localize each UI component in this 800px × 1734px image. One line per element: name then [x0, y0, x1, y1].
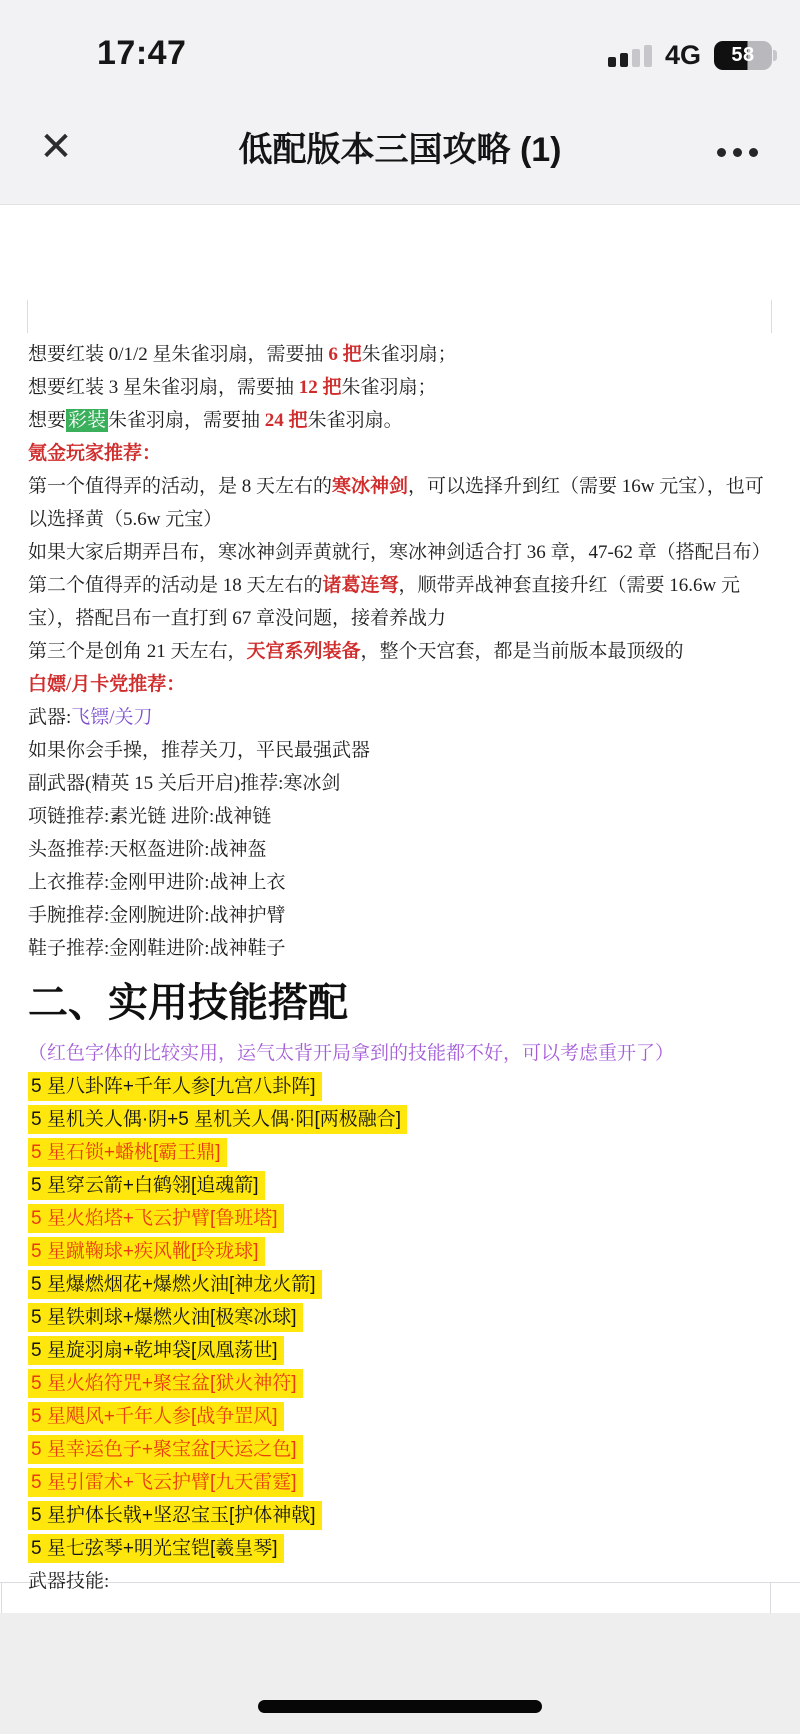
status-time: 17:47: [97, 34, 186, 73]
text-segment: 5 星铁刺球+爆燃火油[极寒冰球]: [31, 1307, 297, 1328]
yellow-highlight: 5 星引雷术+飞云护臂[九天雷霆]: [28, 1468, 303, 1497]
text-segment: 想要红装 3 星朱雀羽扇，需要抽: [28, 377, 299, 398]
text-segment: 5 星护体长戟+坚忍宝玉[护体神戟]: [31, 1505, 316, 1526]
network-type-label: 4G: [665, 40, 701, 71]
yellow-highlight: 5 星护体长戟+坚忍宝玉[护体神戟]: [28, 1501, 322, 1530]
paragraph: 武器:飞镖/关刀: [28, 701, 772, 734]
home-indicator[interactable]: [258, 1700, 542, 1713]
text-segment-red: 氪金玩家推荐：: [28, 443, 161, 464]
text-segment: 武器技能:: [28, 1571, 109, 1592]
cellular-signal-icon: [608, 45, 652, 67]
document-scroll-area[interactable]: 想要红装 0/1/2 星朱雀羽扇，需要抽 6 把朱雀羽扇；想要红装 3 星朱雀羽…: [0, 205, 800, 1613]
text-segment: 朱雀羽扇，需要抽: [108, 410, 265, 431]
text-segment: 上衣推荐:金刚甲进阶:战神上衣: [28, 872, 286, 893]
text-segment-skillred: 5 星飓风+千年人参[战争罡风]: [31, 1406, 278, 1427]
yellow-highlight: 5 星八卦阵+千年人参[九宫八卦阵]: [28, 1072, 322, 1101]
skill-combo-line: 5 星旋羽扇+乾坤袋[凤凰荡世]: [28, 1334, 772, 1367]
text-segment: 副武器(精英 15 关后开启)推荐:寒冰剑: [28, 773, 340, 794]
footer-area: [0, 1613, 800, 1734]
text-segment-red: 12 把: [299, 377, 342, 398]
text-segment: ，整个天宫套，都是当前版本最顶级的: [361, 641, 684, 662]
skill-combo-line: 5 星护体长戟+坚忍宝玉[护体神戟]: [28, 1499, 772, 1532]
paragraph: 想要红装 0/1/2 星朱雀羽扇，需要抽 6 把朱雀羽扇；: [28, 338, 772, 371]
paragraph: 如果大家后期弄吕布，寒冰神剑弄黄就行，寒冰神剑适合打 36 章，47-62 章（…: [28, 536, 772, 569]
battery-level-icon: 58: [714, 41, 772, 70]
text-segment: （红色字体的比较实用，运气太背开局拿到的技能都不好，可以考虑重开了）: [28, 1043, 674, 1064]
text-segment-skillred: 5 星石锁+蟠桃[霸王鼎]: [31, 1142, 221, 1163]
text-segment-skillred: 5 星火焰符咒+聚宝盆[狱火神符]: [31, 1373, 297, 1394]
paragraph: 氪金玩家推荐：: [28, 437, 772, 470]
text-segment-skillred: 5 星火焰塔+飞云护臂[鲁班塔]: [31, 1208, 278, 1229]
text-segment-red: 诸葛连弩: [323, 575, 399, 596]
text-segment: 如果你会手操，推荐关刀，平民最强武器: [28, 740, 370, 761]
text-segment: 5 星机关人偶·阴+5 星机关人偶·阳[两极融合]: [31, 1109, 401, 1130]
yellow-highlight: 5 星火焰塔+飞云护臂[鲁班塔]: [28, 1204, 284, 1233]
text-segment: 二、实用技能搭配: [28, 980, 348, 1026]
skill-combo-line: 5 星飓风+千年人参[战争罡风]: [28, 1400, 772, 1433]
text-segment-red: 6 把: [328, 344, 361, 365]
page-edge-top-right: [771, 300, 772, 333]
paragraph: 武器技能:: [28, 1565, 772, 1598]
note-line: （红色字体的比较实用，运气太背开局拿到的技能都不好，可以考虑重开了）: [28, 1037, 772, 1070]
paragraph: 如果你会手操，推荐关刀，平民最强武器: [28, 734, 772, 767]
section-heading: 二、实用技能搭配: [28, 978, 772, 1028]
skill-combo-line: 5 星蹴鞠球+疾风靴[玲珑球]: [28, 1235, 772, 1268]
paragraph: 手腕推荐:金刚腕进阶:战神护臂: [28, 899, 772, 932]
yellow-highlight: 5 星铁刺球+爆燃火油[极寒冰球]: [28, 1303, 303, 1332]
text-segment: 武器:: [28, 707, 71, 728]
skill-combo-line: 5 星幸运色子+聚宝盆[天运之色]: [28, 1433, 772, 1466]
yellow-highlight: 5 星飓风+千年人参[战争罡风]: [28, 1402, 284, 1431]
skill-combo-line: 5 星七弦琴+明光宝铠[羲皇琴]: [28, 1532, 772, 1565]
paragraph: 第一个值得弄的活动，是 8 天左右的寒冰神剑，可以选择升到红（需要 16w 元宝…: [28, 470, 772, 536]
text-segment-red: 天宫系列装备: [247, 641, 361, 662]
skill-combo-line: 5 星铁刺球+爆燃火油[极寒冰球]: [28, 1301, 772, 1334]
text-segment: 5 星爆燃烟花+爆燃火油[神龙火箭]: [31, 1274, 316, 1295]
text-segment: 5 星旋羽扇+乾坤袋[凤凰荡世]: [31, 1340, 278, 1361]
text-segment-red: 寒冰神剑: [332, 476, 408, 497]
paragraph: 想要红装 3 星朱雀羽扇，需要抽 12 把朱雀羽扇；: [28, 371, 772, 404]
text-segment: 手腕推荐:金刚腕进阶:战神护臂: [28, 905, 286, 926]
close-button[interactable]: ✕: [28, 114, 84, 180]
page-title: 低配版本三国攻略 (1): [100, 122, 700, 171]
battery-percent-label: 58: [731, 44, 754, 67]
text-segment: 第三个是创角 21 天左右，: [28, 641, 247, 662]
skill-combo-line: 5 星穿云箭+白鹤翎[追魂箭]: [28, 1169, 772, 1202]
skill-combo-line: 5 星八卦阵+千年人参[九宫八卦阵]: [28, 1070, 772, 1103]
more-button[interactable]: [710, 130, 764, 174]
text-segment: 想要: [28, 410, 66, 431]
text-segment: 头盔推荐:天枢盔进阶:战神盔: [28, 839, 267, 860]
skill-combo-line: 5 星火焰符咒+聚宝盆[狱火神符]: [28, 1367, 772, 1400]
page-edge-bottom-left: [1, 1582, 2, 1613]
text-segment: 朱雀羽扇。: [308, 410, 403, 431]
yellow-highlight: 5 星蹴鞠球+疾风靴[玲珑球]: [28, 1237, 265, 1266]
text-segment: 5 星七弦琴+明光宝铠[羲皇琴]: [31, 1538, 278, 1559]
text-segment-skillred: 5 星幸运色子+聚宝盆[天运之色]: [31, 1439, 297, 1460]
paragraph: 副武器(精英 15 关后开启)推荐:寒冰剑: [28, 767, 772, 800]
more-ellipsis-icon: [717, 148, 726, 157]
yellow-highlight: 5 星机关人偶·阴+5 星机关人偶·阳[两极融合]: [28, 1105, 407, 1134]
text-segment: 朱雀羽扇；: [342, 377, 437, 398]
close-icon: ✕: [39, 125, 73, 169]
yellow-highlight: 5 星石锁+蟠桃[霸王鼎]: [28, 1138, 227, 1167]
paragraph: 第二个值得弄的活动是 18 天左右的诸葛连弩，顺带弄战神套直接升红（需要 16.…: [28, 569, 772, 635]
text-segment-red: 白嫖/月卡党推荐：: [28, 674, 185, 695]
text-segment-purple[interactable]: 飞镖/关刀: [71, 707, 152, 728]
text-segment: 第一个值得弄的活动，是 8 天左右的: [28, 476, 332, 497]
text-segment: 5 星穿云箭+白鹤翎[追魂箭]: [31, 1175, 259, 1196]
skill-combo-line: 5 星引雷术+飞云护臂[九天雷霆]: [28, 1466, 772, 1499]
text-segment: 朱雀羽扇；: [362, 344, 457, 365]
paragraph: 项链推荐:素光链 进阶:战神链: [28, 800, 772, 833]
paragraph: 鞋子推荐:金刚鞋进阶:战神鞋子: [28, 932, 772, 965]
text-segment-skillred: 5 星蹴鞠球+疾风靴[玲珑球]: [31, 1241, 259, 1262]
paragraph: 白嫖/月卡党推荐：: [28, 668, 772, 701]
text-segment-green: 彩装: [66, 409, 108, 432]
top-bar: 17:47 4G 58 ✕ 低配版本三国攻略 (1): [0, 0, 800, 205]
yellow-highlight: 5 星七弦琴+明光宝铠[羲皇琴]: [28, 1534, 284, 1563]
page-edge-top-left: [27, 300, 28, 333]
text-segment-skillred: 5 星引雷术+飞云护臂[九天雷霆]: [31, 1472, 297, 1493]
screen: 17:47 4G 58 ✕ 低配版本三国攻略 (1) 想要红装: [0, 0, 800, 1734]
yellow-highlight: 5 星穿云箭+白鹤翎[追魂箭]: [28, 1171, 265, 1200]
text-segment: 第二个值得弄的活动是 18 天左右的: [28, 575, 323, 596]
text-segment: 鞋子推荐:金刚鞋进阶:战神鞋子: [28, 938, 286, 959]
yellow-highlight: 5 星爆燃烟花+爆燃火油[神龙火箭]: [28, 1270, 322, 1299]
text-segment: 想要红装 0/1/2 星朱雀羽扇，需要抽: [28, 344, 328, 365]
skill-combo-line: 5 星爆燃烟花+爆燃火油[神龙火箭]: [28, 1268, 772, 1301]
skill-combo-line: 5 星机关人偶·阴+5 星机关人偶·阳[两极融合]: [28, 1103, 772, 1136]
yellow-highlight: 5 星旋羽扇+乾坤袋[凤凰荡世]: [28, 1336, 284, 1365]
skill-combo-line: 5 星火焰塔+飞云护臂[鲁班塔]: [28, 1202, 772, 1235]
text-segment: 5 星八卦阵+千年人参[九宫八卦阵]: [31, 1076, 316, 1097]
text-segment: 项链推荐:素光链 进阶:战神链: [28, 806, 271, 827]
status-icons: 4G 58: [608, 40, 772, 71]
skill-combo-line: 5 星石锁+蟠桃[霸王鼎]: [28, 1136, 772, 1169]
yellow-highlight: 5 星幸运色子+聚宝盆[天运之色]: [28, 1435, 303, 1464]
battery-nub: [773, 50, 777, 61]
paragraph: 头盔推荐:天枢盔进阶:战神盔: [28, 833, 772, 866]
document-content: 想要红装 0/1/2 星朱雀羽扇，需要抽 6 把朱雀羽扇；想要红装 3 星朱雀羽…: [28, 338, 772, 1598]
nav-bar: ✕ 低配版本三国攻略 (1): [0, 100, 800, 205]
text-segment-red: 24 把: [265, 410, 308, 431]
text-segment: 如果大家后期弄吕布，寒冰神剑弄黄就行，寒冰神剑适合打 36 章，47-62 章（…: [28, 542, 771, 563]
paragraph: 上衣推荐:金刚甲进阶:战神上衣: [28, 866, 772, 899]
paragraph: 想要彩装朱雀羽扇，需要抽 24 把朱雀羽扇。: [28, 404, 772, 437]
yellow-highlight: 5 星火焰符咒+聚宝盆[狱火神符]: [28, 1369, 303, 1398]
paragraph: 第三个是创角 21 天左右，天宫系列装备，整个天宫套，都是当前版本最顶级的: [28, 635, 772, 668]
